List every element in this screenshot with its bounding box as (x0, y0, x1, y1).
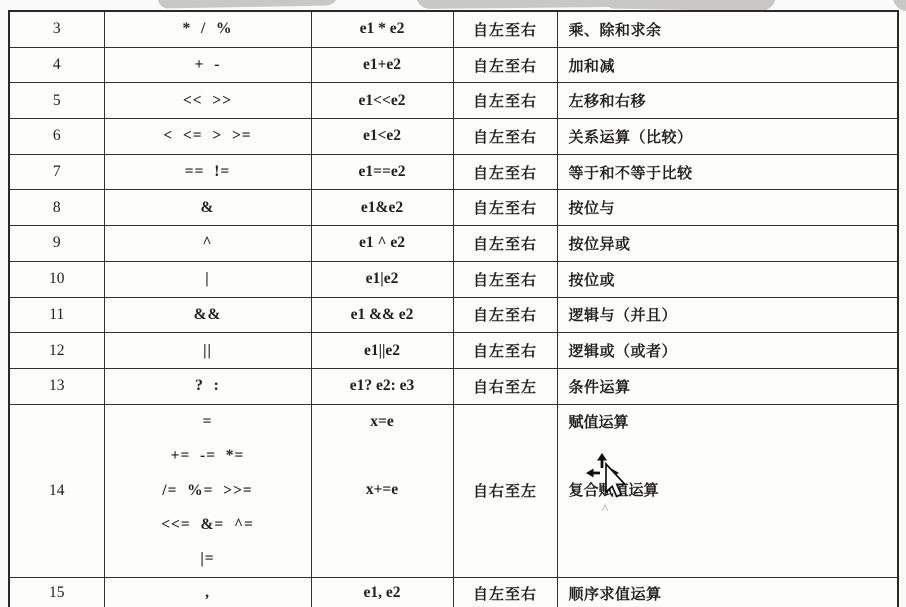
table-row-assignment: 14 = += -= *= /= %= >>= <<= &= ^= |= x=e… (9, 404, 898, 577)
associativity-cell: 自左至右 (453, 119, 557, 155)
description-cell: 按位异或 (557, 226, 898, 262)
table-row: 3 * / % e1 * e2 自左至右 乘、除和求余 (9, 11, 898, 47)
priority-cell: 14 (9, 404, 104, 577)
example-line: x=e (312, 413, 453, 431)
associativity-cell: 自右至左 (453, 368, 557, 404)
associativity-cell: 自左至右 (453, 297, 557, 333)
table-row: 12 || e1||e2 自左至右 逻辑或（或者） (9, 333, 898, 369)
operators-cell: | (104, 261, 311, 297)
operator-line: += -= *= (171, 447, 245, 465)
description-line: 赋值运算 (569, 411, 629, 432)
priority-cell: 11 (9, 297, 104, 333)
example-cell: e1 && e2 (311, 297, 453, 333)
operator-line: <<= &= ^= (161, 516, 254, 534)
description-cell: 按位或 (557, 261, 898, 297)
operator-line: = (203, 413, 213, 431)
table-row: 11 && e1 && e2 自左至右 逻辑与（并且） (9, 297, 898, 333)
priority-cell: 6 (9, 119, 104, 155)
example-cell: e1||e2 (311, 333, 453, 369)
associativity-cell: 自左至右 (453, 47, 557, 83)
associativity-cell: 自左至右 (453, 190, 557, 226)
table-row: 9 ^ e1 ^ e2 自左至右 按位异或 (9, 226, 898, 262)
table-row: 7 == != e1==e2 自左至右 等于和不等于比较 (9, 154, 898, 190)
associativity-cell: 自左至右 (453, 83, 557, 119)
operators-cell: && (104, 297, 311, 333)
table-row: 15 , e1, e2 自左至右 顺序求值运算 (9, 577, 898, 607)
priority-cell: 3 (9, 11, 104, 47)
priority-cell: 15 (9, 577, 104, 607)
example-cell: e1, e2 (311, 577, 453, 607)
example-cell: e1 ^ e2 (311, 226, 453, 262)
table-row: 13 ? : e1? e2: e3 自右至左 条件运算 (9, 368, 898, 404)
operators-cell: , (104, 577, 311, 607)
description-cell: 按位与 (557, 190, 898, 226)
description-cell: 加和减 (557, 47, 898, 83)
description-cell: 等于和不等于比较 (557, 154, 898, 190)
operators-cell: ^ (104, 226, 311, 262)
description-cell: 逻辑或（或者） (557, 333, 898, 369)
example-cell: e1+e2 (311, 47, 453, 83)
description-cell: 赋值运算 复合赋值运算 (557, 404, 898, 577)
stray-scan-mark: ^ (602, 501, 608, 517)
table-row: 5 << >> e1<<e2 自左至右 左移和右移 (9, 83, 898, 119)
associativity-cell: 自左至右 (453, 577, 557, 607)
priority-cell: 4 (9, 47, 104, 83)
operators-cell: & (104, 190, 311, 226)
operators-cell: == != (104, 154, 311, 190)
example-cell: e1<<e2 (311, 83, 453, 119)
associativity-cell: 自左至右 (453, 154, 557, 190)
associativity-cell: 自左至右 (453, 226, 557, 262)
operators-cell: = += -= *= /= %= >>= <<= &= ^= |= (104, 404, 311, 577)
table-row: 4 + - e1+e2 自左至右 加和减 (9, 47, 898, 83)
operators-cell: || (104, 333, 311, 369)
priority-cell: 12 (9, 333, 104, 369)
description-line: 复合赋值运算 (569, 479, 659, 500)
priority-cell: 13 (9, 368, 104, 404)
description-cell: 乘、除和求余 (557, 11, 898, 47)
operator-precedence-table: 3 * / % e1 * e2 自左至右 乘、除和求余 4 + - e1+e2 … (8, 10, 899, 607)
priority-cell: 5 (9, 83, 104, 119)
table-row: 10 | e1|e2 自左至右 按位或 (9, 261, 898, 297)
priority-cell: 9 (9, 226, 104, 262)
associativity-cell: 自左至右 (453, 11, 557, 47)
table-row: 6 < <= > >= e1<e2 自左至右 关系运算（比较） (9, 119, 898, 155)
associativity-cell: 自左至右 (453, 261, 557, 297)
example-cell: e1<e2 (311, 119, 453, 155)
example-cell: e1==e2 (311, 154, 453, 190)
operator-line: /= %= >>= (162, 482, 252, 500)
example-cell: e1&e2 (311, 190, 453, 226)
scan-artifact (416, 0, 620, 9)
priority-cell: 10 (9, 261, 104, 297)
priority-cell: 8 (9, 190, 104, 226)
operators-cell: << >> (104, 83, 311, 119)
operator-line: |= (200, 550, 214, 568)
example-cell: x=e x+=e (311, 404, 453, 577)
example-cell: e1|e2 (311, 261, 453, 297)
description-cell: 条件运算 (557, 368, 898, 404)
operators-cell: ? : (104, 368, 311, 404)
description-cell: 顺序求值运算 (557, 577, 898, 607)
description-cell: 逻辑与（并且） (557, 297, 898, 333)
example-cell: e1? e2: e3 (311, 368, 453, 404)
scan-artifact (158, 0, 338, 9)
operators-cell: < <= > >= (104, 119, 311, 155)
example-line: x+=e (312, 481, 453, 499)
table-row: 8 & e1&e2 自左至右 按位与 (9, 190, 898, 226)
associativity-cell: 自右至左 (453, 404, 557, 577)
description-cell: 左移和右移 (557, 83, 898, 119)
operators-cell: * / % (104, 11, 311, 47)
priority-cell: 7 (9, 154, 104, 190)
example-cell: e1 * e2 (311, 11, 453, 47)
associativity-cell: 自左至右 (453, 333, 557, 369)
description-cell: 关系运算（比较） (557, 119, 898, 155)
operators-cell: + - (104, 47, 311, 83)
